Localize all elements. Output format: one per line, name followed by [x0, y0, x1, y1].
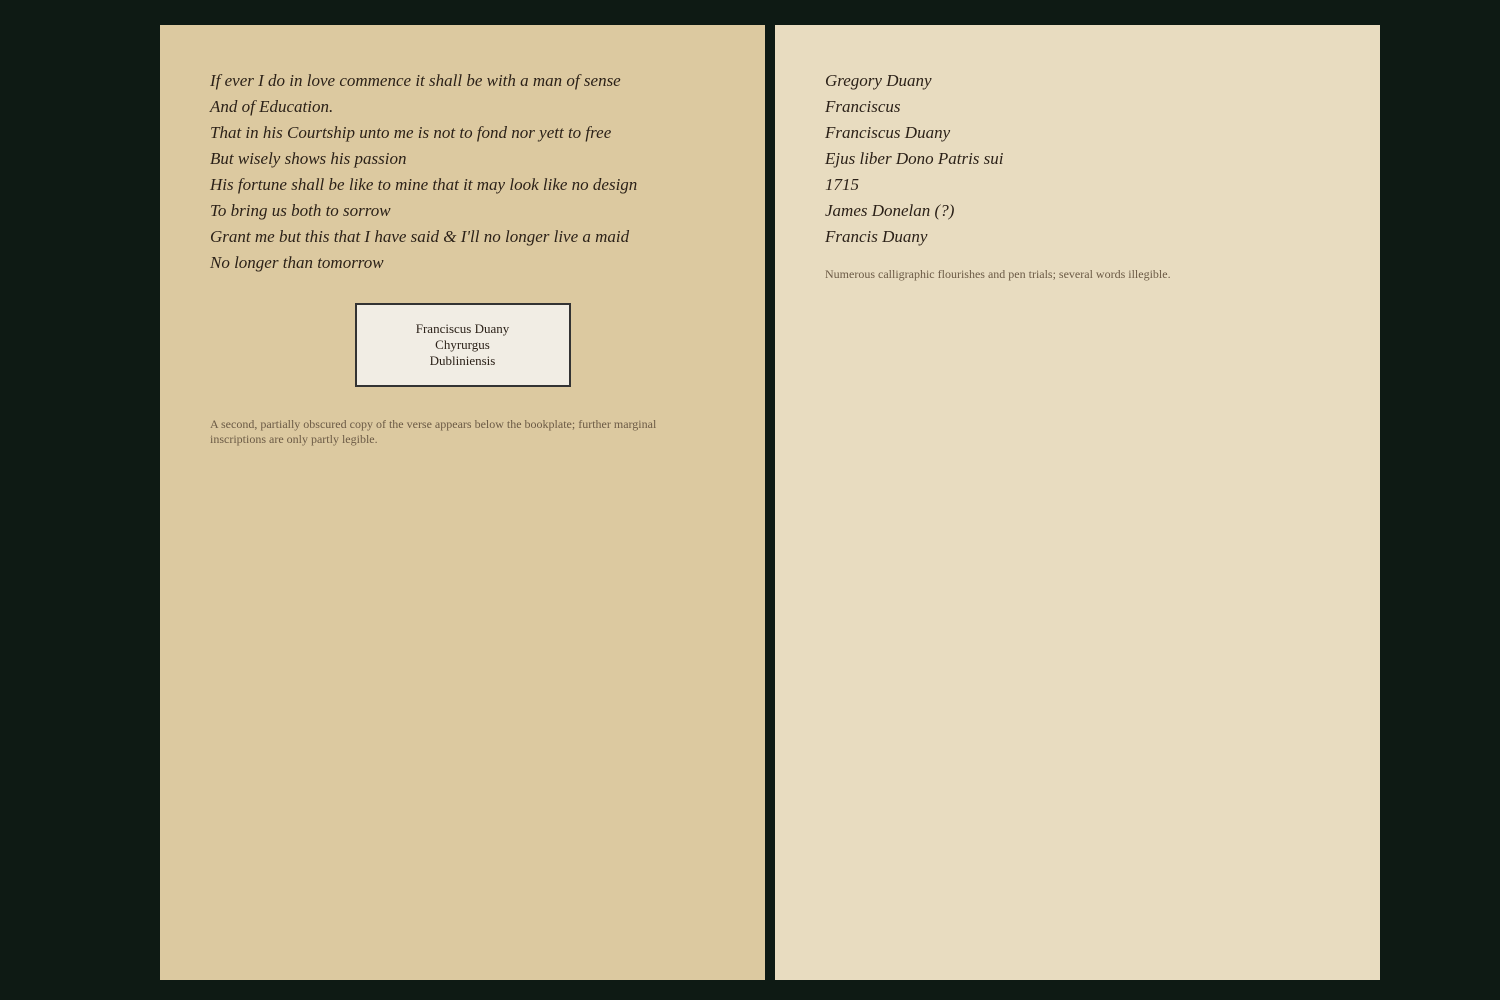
verse-line: If ever I do in love commence it shall b… — [210, 71, 715, 91]
verse-line: No longer than tomorrow — [210, 253, 715, 273]
ownership-inscriptions: Gregory DuanyFranciscusFranciscus DuanyE… — [825, 71, 1330, 247]
left-page: If ever I do in love commence it shall b… — [160, 25, 765, 980]
verse-line: But wisely shows his passion — [210, 149, 715, 169]
armorial-bookplate: Franciscus Duany Chyrurgus Dubliniensis — [355, 303, 571, 387]
right-page: Gregory DuanyFranciscusFranciscus DuanyE… — [775, 25, 1380, 980]
verse-line: And of Education. — [210, 97, 715, 117]
bookplate-title: Chyrurgus — [373, 337, 553, 353]
bookplate-name: Franciscus Duany — [373, 321, 553, 337]
inscription-line: Franciscus — [825, 97, 1330, 117]
open-book: If ever I do in love commence it shall b… — [160, 25, 1380, 980]
verse-line: To bring us both to sorrow — [210, 201, 715, 221]
verse-line: His fortune shall be like to mine that i… — [210, 175, 715, 195]
inscription-line: Ejus liber Dono Patris sui — [825, 149, 1330, 169]
bookplate-place: Dubliniensis — [373, 353, 553, 369]
verse-line: That in his Courtship unto me is not to … — [210, 123, 715, 143]
right-page-note: Numerous calligraphic flourishes and pen… — [825, 267, 1330, 282]
inscription-line: 1715 — [825, 175, 1330, 195]
inscription-line: Franciscus Duany — [825, 123, 1330, 143]
inscription-line: James Donelan (?) — [825, 201, 1330, 221]
verse-transcription: If ever I do in love commence it shall b… — [210, 71, 715, 273]
inscription-line: Francis Duany — [825, 227, 1330, 247]
inscription-line: Gregory Duany — [825, 71, 1330, 91]
left-page-note: A second, partially obscured copy of the… — [210, 417, 715, 447]
verse-line: Grant me but this that I have said & I'l… — [210, 227, 715, 247]
